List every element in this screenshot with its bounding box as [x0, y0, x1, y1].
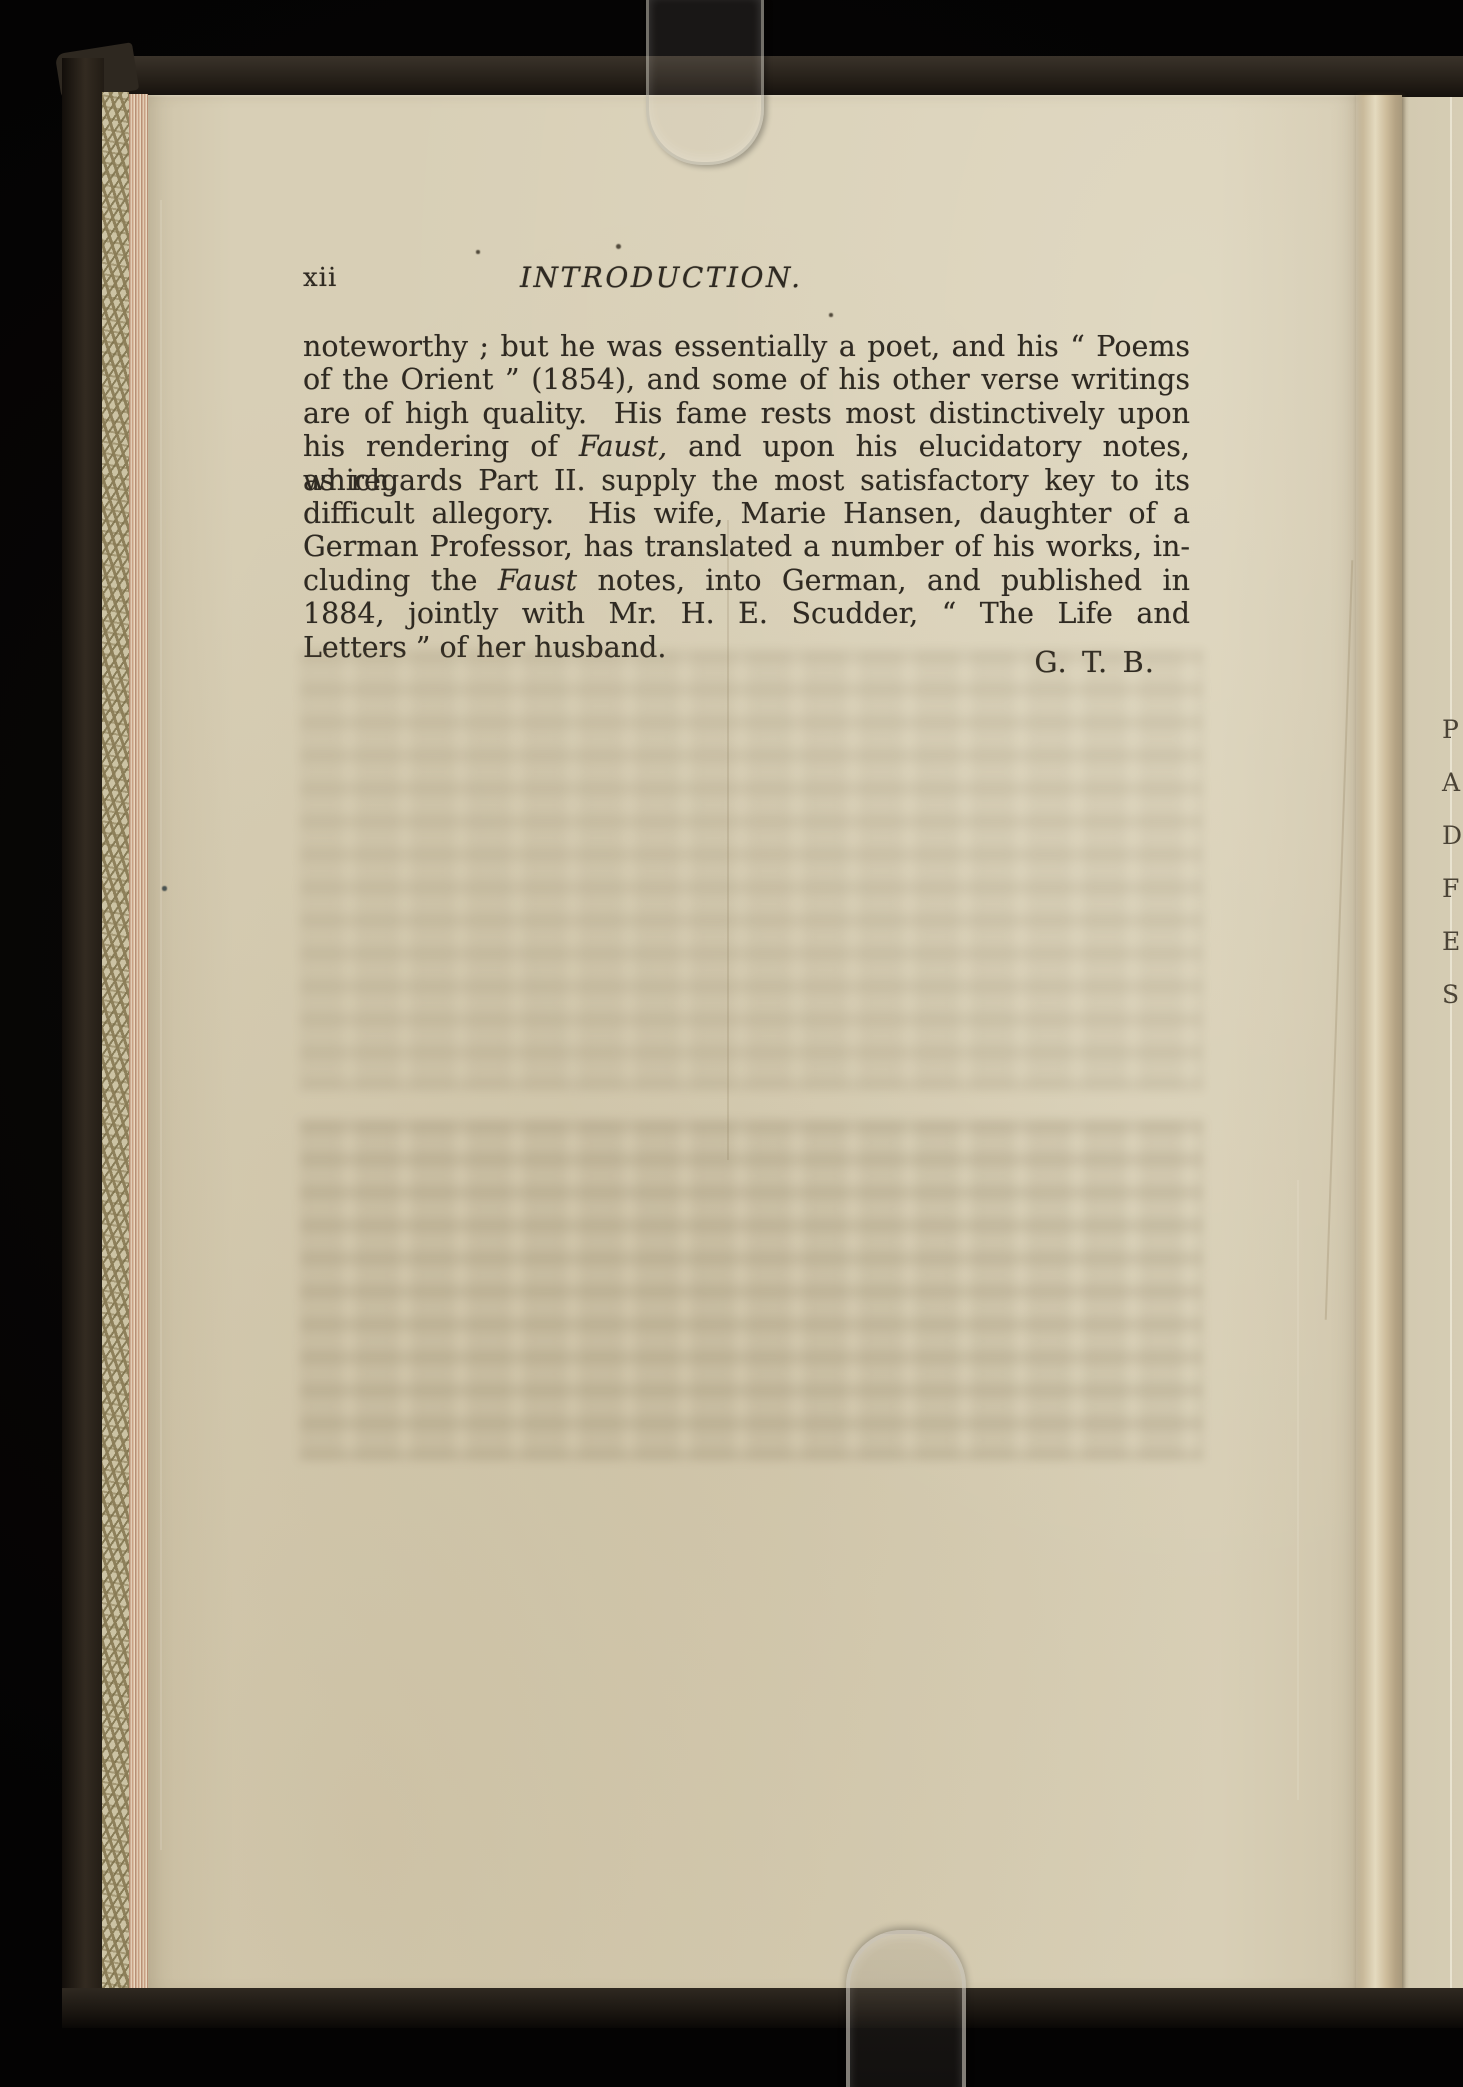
book-cover-top-edge [92, 56, 1463, 98]
book-page: xii INTRODUCTION. noteworthy ; but he wa… [148, 95, 1364, 1991]
next-page-surface-line [1450, 97, 1452, 1991]
text-line: difficult allegory. His wife, Marie Hans… [303, 497, 1190, 530]
page-fore-edge-curl [1356, 95, 1402, 1991]
paragraph: noteworthy ; but he was essentially a po… [303, 330, 1190, 664]
paper-speck [476, 250, 480, 254]
book-scan: xii INTRODUCTION. noteworthy ; but he wa… [0, 0, 1463, 2087]
next-page-letters: PADFES [1440, 705, 1463, 1025]
running-header: INTRODUCTION. [520, 261, 803, 294]
next-page-letter: A [1442, 768, 1460, 797]
page-crease [1297, 1180, 1299, 1800]
show-through-text [300, 650, 1203, 1090]
book-cover-bottom-edge [62, 1988, 1463, 2028]
page-crease [727, 520, 729, 1160]
next-page-letter: P [1442, 715, 1459, 744]
marbled-endpaper-edge [102, 92, 129, 1995]
next-page-letter: S [1442, 980, 1459, 1009]
next-page-letter: D [1442, 821, 1462, 850]
text-line: German Professor, has translated a numbe… [303, 530, 1190, 563]
show-through-text [300, 1120, 1203, 1460]
book-cover-left-edge [62, 58, 104, 2024]
page-number: xii [303, 263, 337, 293]
next-page-letter: F [1442, 874, 1459, 903]
text-line: cluding the Faust notes, into German, an… [303, 564, 1190, 597]
book-scanner-strap-bottom [846, 1930, 966, 2087]
next-page-edge [1398, 97, 1463, 1991]
paper-speck [616, 244, 621, 249]
paper-speck [162, 886, 167, 891]
book-scanner-strap-top [646, 0, 764, 165]
text-line: as regards Part II. supply the most sati… [303, 464, 1190, 497]
next-page-letter: E [1442, 927, 1460, 956]
page-edge-stack [129, 94, 148, 1993]
text-line: his rendering of Faust, and upon his elu… [303, 430, 1190, 463]
paper-speck [829, 313, 833, 317]
text-line: noteworthy ; but he was essentially a po… [303, 330, 1190, 363]
page-crease [160, 200, 162, 1850]
text-line: of the Orient ” (1854), and some of his … [303, 363, 1190, 396]
text-line: are of high quality. His fame rests most… [303, 397, 1190, 430]
text-line: 1884, jointly with Mr. H. E. Scudder, “ … [303, 597, 1190, 630]
